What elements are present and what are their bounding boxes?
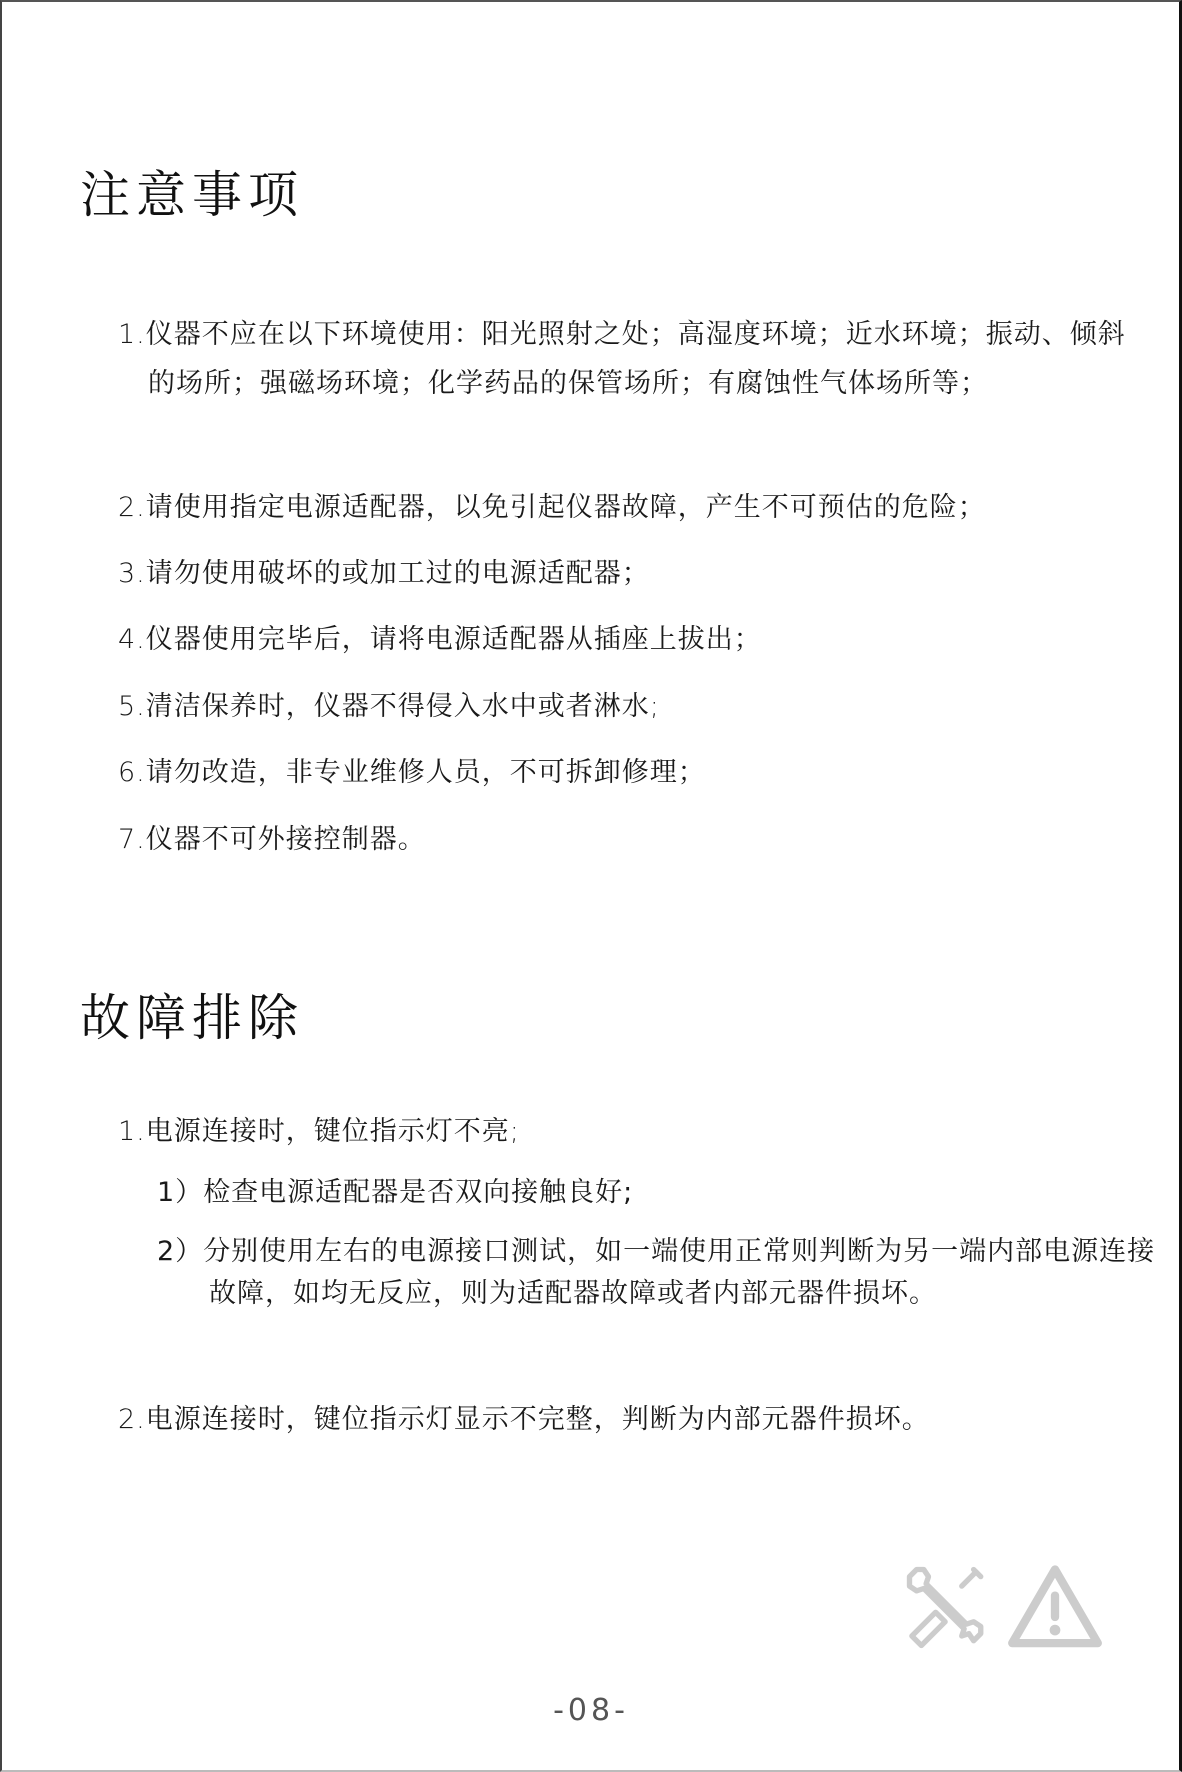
item-text: 仪器不可外接控制器。 [146, 824, 426, 855]
item-number: 4. [118, 624, 146, 655]
item-text: 请使用指定电源适配器，以免引起仪器故障，产生不可预估的危险； [146, 492, 986, 523]
subitem-number: 2） [157, 1236, 203, 1267]
precaution-item-2: 2.请使用指定电源适配器，以免引起仪器故障，产生不可预估的危险； [118, 483, 1118, 532]
item-number: 5. [118, 691, 146, 722]
item-number: 2. [118, 1404, 146, 1435]
page-frame [0, 0, 1182, 1772]
precaution-item-7: 7.仪器不可外接控制器。 [118, 815, 1118, 864]
precaution-item-3: 3.请勿使用破坏的或加工过的电源适配器； [118, 549, 1118, 598]
troubleshooting-item-1: 1.电源连接时，键位指示灯不亮; [118, 1107, 1118, 1156]
troubleshooting-title: 故障排除 [80, 993, 304, 1043]
item-number: 3. [118, 558, 146, 589]
troubleshooting-subitem-2: 2）分别使用左右的电源接口测试，如一端使用正常则判断为另一端内部电源连接故障，如… [157, 1231, 1169, 1315]
item-text: 请勿使用破坏的或加工过的电源适配器； [146, 558, 650, 589]
item-number: 6. [118, 757, 146, 788]
item-text: 仪器不应在以下环境使用：阳光照射之处；高湿度环境；近水环境；振动、倾斜的场所；强… [146, 319, 1126, 399]
precaution-item-6: 6.请勿改造，非专业维修人员，不可拆卸修理； [118, 748, 1118, 797]
troubleshooting-item-2: 2.电源连接时，键位指示灯显示不完整，判断为内部元器件损坏。 [118, 1395, 1118, 1444]
item-text: 电源连接时，键位指示灯不亮; [146, 1116, 520, 1147]
troubleshooting-subitem-1: 1）检查电源适配器是否双向接触良好; [157, 1172, 1169, 1214]
warning-icon [1005, 1560, 1105, 1655]
subitem-text: 分别使用左右的电源接口测试，如一端使用正常则判断为另一端内部电源连接故障，如均无… [203, 1236, 1155, 1309]
item-number: 1. [118, 319, 146, 350]
precaution-item-4: 4.仪器使用完毕后，请将电源适配器从插座上拔出； [118, 615, 1118, 664]
precautions-title: 注意事项 [80, 170, 304, 220]
item-text: 电源连接时，键位指示灯显示不完整，判断为内部元器件损坏。 [146, 1404, 930, 1435]
page-number: -08- [0, 1693, 1182, 1728]
item-number: 1. [118, 1116, 146, 1147]
subitem-text: 检查电源适配器是否双向接触良好; [203, 1177, 633, 1208]
item-number: 7. [118, 824, 146, 855]
item-number: 2. [118, 492, 146, 523]
item-text: 清洁保养时，仪器不得侵入水中或者淋水; [146, 691, 660, 722]
precaution-item-5: 5.清洁保养时，仪器不得侵入水中或者淋水; [118, 682, 1118, 731]
footer-icons [900, 1560, 1105, 1655]
item-text: 请勿改造，非专业维修人员，不可拆卸修理； [146, 757, 706, 788]
precaution-item-1: 1.仪器不应在以下环境使用：阳光照射之处；高湿度环境；近水环境；振动、倾斜的场所… [118, 310, 1148, 408]
item-text: 仪器使用完毕后，请将电源适配器从插座上拔出； [146, 624, 762, 655]
tools-icon [900, 1560, 995, 1655]
subitem-number: 1） [157, 1177, 203, 1208]
